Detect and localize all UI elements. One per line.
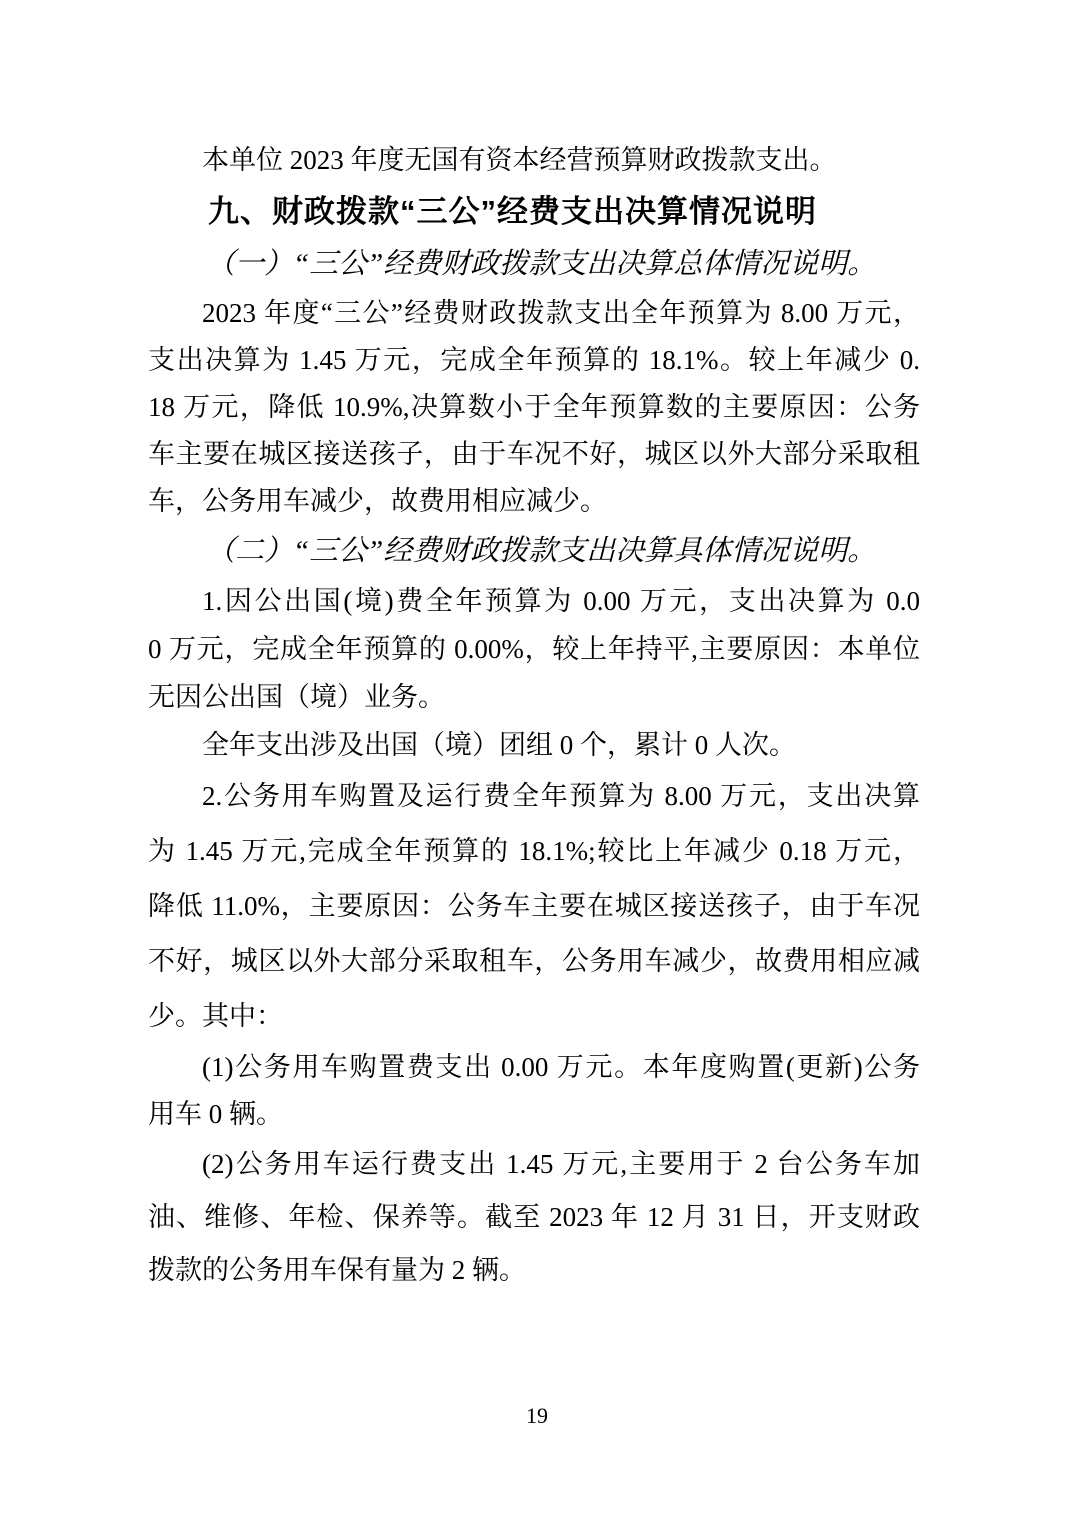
body-text-line: 0 万元，完成全年预算的 0.00%，较上年持平,主要原因：本单位 [148, 625, 920, 673]
body-text-line: 全年支出涉及出国（境）团组 0 个，累计 0 人次。 [148, 721, 920, 769]
body-text-line: 支出决算为 1.45 万元，完成全年预算的 18.1%。较上年减少 0. [148, 337, 920, 384]
vehicle-operation-paragraph: (2)公务用车运行费支出 1.45 万元,主要用于 2 台公务车加 油、维修、年… [148, 1138, 920, 1297]
body-text-line: 车主要在城区接送孩子，由于车况不好，城区以外大部分采取租 [148, 431, 920, 478]
vehicle-expense-paragraph: 2.公务用车购置及运行费全年预算为 8.00 万元，支出决算 为 1.45 万元… [148, 769, 920, 1044]
body-text-line: 降低 11.0%，主要原因：公务车主要在城区接送孩子，由于车况 [148, 879, 920, 934]
page-number: 19 [0, 1402, 1074, 1430]
body-text-line: 少。其中： [148, 989, 920, 1044]
body-text-line: 为 1.45 万元,完成全年预算的 18.1%;较比上年减少 0.18 万元， [148, 824, 920, 879]
body-text-line: 2.公务用车购置及运行费全年预算为 8.00 万元，支出决算 [148, 769, 920, 824]
abroad-expense-paragraph: 1.因公出国(境)费全年预算为 0.00 万元，支出决算为 0.0 0 万元，完… [148, 577, 920, 721]
intro-line: 本单位 2023 年度无国有资本经营预算财政拨款支出。 [148, 134, 920, 186]
body-text-line: 不好，城区以外大部分采取租车，公务用车减少，故费用相应减 [148, 934, 920, 989]
delegation-count-paragraph: 全年支出涉及出国（境）团组 0 个，累计 0 人次。 [148, 721, 920, 769]
body-text-line: 车，公务用车减少，故费用相应减少。 [148, 478, 920, 525]
body-text-line: 油、维修、年检、保养等。截至 2023 年 12 月 31 日，开支财政 [148, 1191, 920, 1244]
body-text-line: 1.因公出国(境)费全年预算为 0.00 万元，支出决算为 0.0 [148, 577, 920, 625]
document-page: 本单位 2023 年度无国有资本经营预算财政拨款支出。 九、财政拨款“三公”经费… [0, 0, 1074, 1520]
document-body: 本单位 2023 年度无国有资本经营预算财政拨款支出。 九、财政拨款“三公”经费… [148, 134, 920, 1297]
body-text-line: 拨款的公务用车保有量为 2 辆。 [148, 1244, 920, 1297]
subsection-2-heading: （二）“三公”经费财政拨款支出决算具体情况说明。 [148, 525, 920, 577]
body-text-line: 2023 年度“三公”经费财政拨款支出全年预算为 8.00 万元， [148, 290, 920, 337]
vehicle-purchase-paragraph: (1)公务用车购置费支出 0.00 万元。本年度购置(更新)公务 用车 0 辆。 [148, 1044, 920, 1138]
section-9-heading: 九、财政拨款“三公”经费支出决算情况说明 [148, 186, 920, 238]
body-text-line: (2)公务用车运行费支出 1.45 万元,主要用于 2 台公务车加 [148, 1138, 920, 1191]
body-text-line: 无因公出国（境）业务。 [148, 673, 920, 721]
overview-paragraph: 2023 年度“三公”经费财政拨款支出全年预算为 8.00 万元， 支出决算为 … [148, 290, 920, 525]
subsection-1-heading: （一）“三公”经费财政拨款支出决算总体情况说明。 [148, 238, 920, 290]
body-text-line: 用车 0 辆。 [148, 1091, 920, 1138]
body-text-line: 18 万元，降低 10.9%,决算数小于全年预算数的主要原因：公务 [148, 384, 920, 431]
body-text-line: (1)公务用车购置费支出 0.00 万元。本年度购置(更新)公务 [148, 1044, 920, 1091]
